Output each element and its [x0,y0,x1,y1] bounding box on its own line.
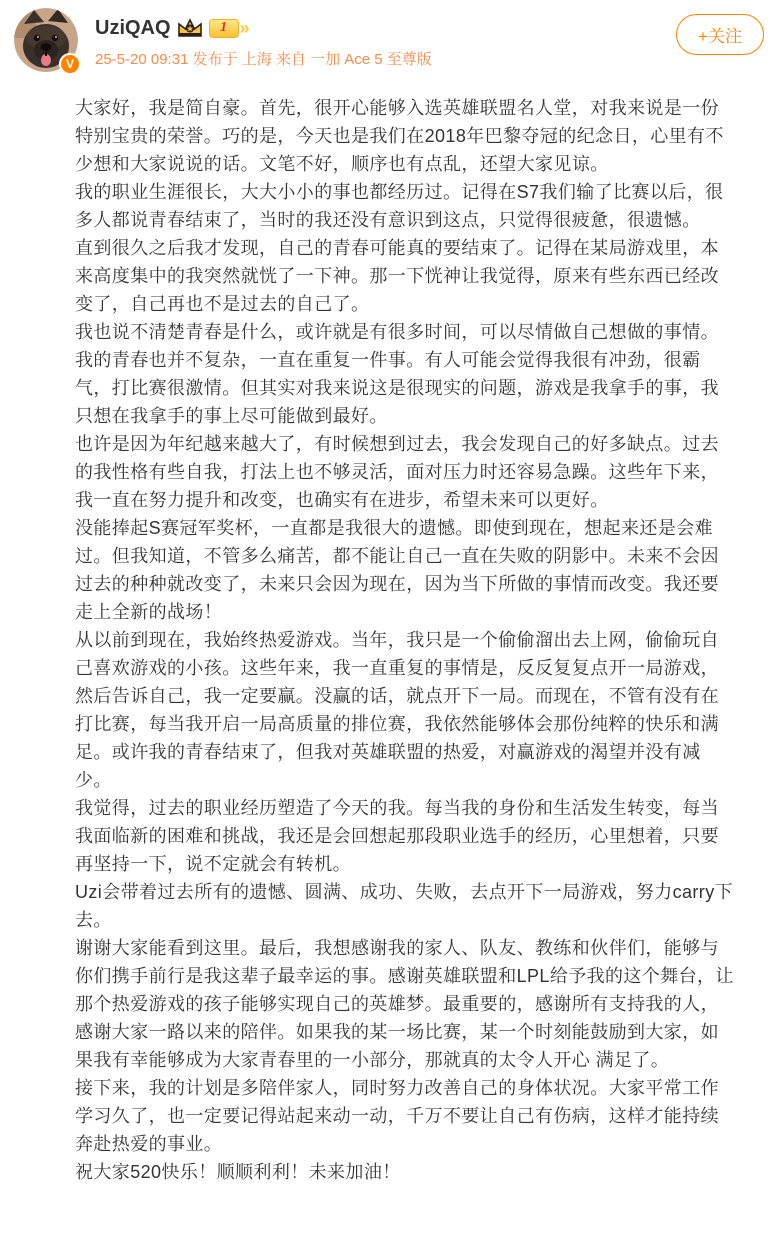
post-paragraph: 我的职业生涯很长，大大小小的事也都经历过。记得在S7我们输了比赛以后，很多人都说… [75,178,735,234]
post-paragraph: 从以前到现在，我始终热爱游戏。当年，我只是一个偷偷溜出去上网，偷偷玩自己喜欢游戏… [75,626,735,794]
vip-level-number: 1 [220,21,227,35]
post-paragraph: 祝大家520快乐！顺顺利利！未来加油！ [75,1158,735,1186]
verified-badge: V [59,53,81,75]
post-content: 大家好，我是简自豪。首先，很开心能够入选英雄联盟名人堂，对我来说是一份特别宝贵的… [0,72,780,1220]
post-paragraph: 接下来，我的计划是多陪伴家人，同时努力改善自己的身体状况。大家平常工作学习久了，… [75,1074,735,1158]
post-paragraph: 没能捧起S赛冠军奖杯，一直都是我很大的遗憾。即使到现在，想起来还是会难过。但我知… [75,514,735,626]
name-row: UziQAQ 1 » [95,15,432,41]
username[interactable]: UziQAQ [95,15,171,41]
post-paragraph: 也许是因为年纪越来越大了，有时候想到过去，我会发现自己的好多缺点。过去的我性格有… [75,430,735,514]
post-paragraph: 大家好，我是简自豪。首先，很开心能够入选英雄联盟名人堂，对我来说是一份特别宝贵的… [75,94,735,178]
post-paragraph: Uzi会带着过去所有的遗憾、圆满、成功、失败，去点开下一局游戏，努力carry下… [75,878,735,934]
crown-glyph [177,17,203,39]
avatar[interactable]: V [14,8,78,72]
vip-level-badge[interactable]: 1 » [209,19,250,38]
vip-level-box: 1 [209,19,239,38]
chevron-right-icon: » [240,19,250,38]
user-info: UziQAQ 1 » 25-5-20 09:31 发布于 上海 来 [95,8,432,70]
follow-button[interactable]: +关注 [676,14,764,55]
weibo-post-page: V UziQAQ 1 » [0,0,780,1250]
post-paragraph: 谢谢大家能看到这里。最后，我想感谢我的家人、队友、教练和伙伴们，能够与你们携手前… [75,934,735,1074]
post-header: V UziQAQ 1 » [0,0,780,72]
post-meta: 25-5-20 09:31 发布于 上海 来自 一加 Ace 5 至尊版 [95,50,432,70]
vip-crown-icon[interactable] [177,17,203,39]
post-paragraph: 我也说不清楚青春是什么，或许就是有很多时间，可以尽情做自己想做的事情。我的青春也… [75,318,735,430]
post-paragraph: 我觉得，过去的职业经历塑造了今天的我。每当我的身份和生活发生转变，每当我面临新的… [75,794,735,878]
post-paragraph: 直到很久之后我才发现，自己的青春可能真的要结束了。记得在某局游戏里，本来高度集中… [75,234,735,318]
